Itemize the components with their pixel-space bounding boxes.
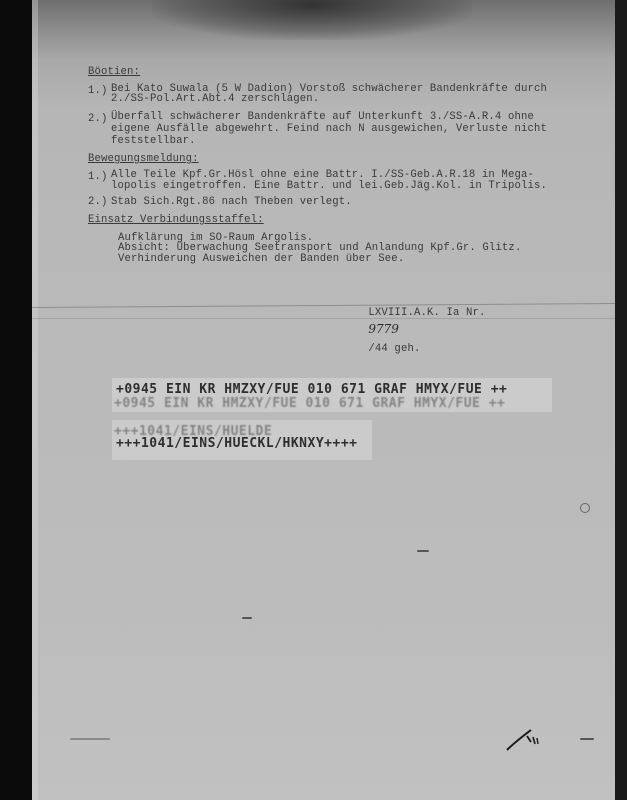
teletype-strip: +0945 EIN KR HMZXY/FUE 010 671 GRAF HMYX… bbox=[112, 376, 552, 466]
teletype-line: +++1041/EINS/HUECKL/HKNXY++++ bbox=[116, 436, 357, 452]
item-line: Überfall schwächerer Bandenkräfte auf Un… bbox=[111, 111, 534, 123]
scan-border-right bbox=[615, 0, 627, 800]
item-line: 2./SS-Pol.Art.Abt.4 zerschlagen. bbox=[111, 93, 319, 105]
item-number: 1.) bbox=[88, 171, 108, 183]
signature-initials-icon bbox=[505, 728, 545, 754]
section-heading-einsatz: Einsatz Verbindungsstaffel: bbox=[88, 214, 264, 226]
reference-handwritten-number: 9779 bbox=[368, 322, 399, 336]
item-line: Stab Sich.Rgt.86 nach Theben verlegt. bbox=[111, 196, 352, 208]
section-heading-boeotien: Böotien: bbox=[88, 66, 140, 78]
item-line: eigene Ausfälle abgewehrt. Feind nach N … bbox=[111, 123, 547, 135]
paper-mark bbox=[580, 503, 590, 513]
reference-year: /44 geh. bbox=[368, 343, 420, 355]
scan-shadow bbox=[152, 0, 472, 40]
item-line: feststellbar. bbox=[111, 135, 196, 147]
item-line: lopolis eingetroffen. Eine Battr. und le… bbox=[111, 180, 547, 192]
teletype-line-ghost: +0945 EIN KR HMZXY/FUE 010 671 GRAF HMYX… bbox=[114, 396, 505, 412]
page-edge bbox=[32, 0, 38, 800]
item-number: 2.) bbox=[88, 113, 108, 125]
reference-line: LXVIII.A.K. Ia Nr. 9779 /44 geh. bbox=[330, 284, 486, 374]
section-line: Verhinderung Ausweichen der Banden über … bbox=[118, 253, 404, 265]
page-separator-line bbox=[32, 318, 615, 319]
paper-mark bbox=[242, 617, 252, 619]
paper-mark bbox=[70, 738, 110, 740]
item-number: 1.) bbox=[88, 85, 108, 97]
scan-border-left bbox=[0, 0, 32, 800]
document-page: Böotien: 1.) Bei Kato Suwala (5 W Dadion… bbox=[32, 0, 615, 800]
paper-mark bbox=[580, 738, 594, 740]
page-separator-line bbox=[32, 303, 615, 308]
paper-mark bbox=[417, 550, 429, 552]
item-number: 2.) bbox=[88, 196, 108, 208]
section-heading-bewegungsmeldung: Bewegungsmeldung: bbox=[88, 153, 199, 165]
